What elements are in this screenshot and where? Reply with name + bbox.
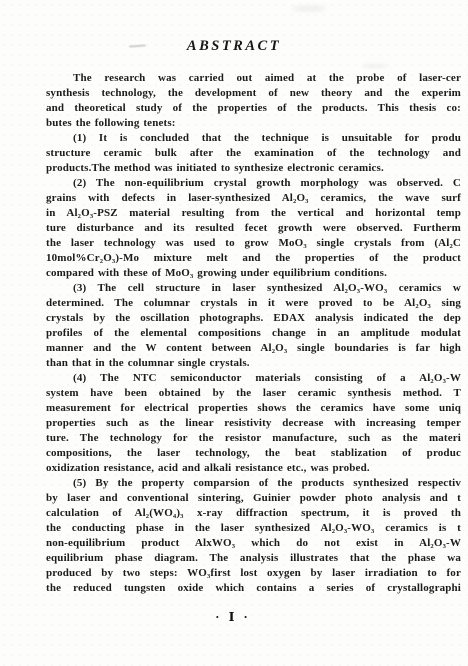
text-line: manner and the W content between Al₂O₃ s… — [46, 342, 461, 357]
page-title: ABSTRACT — [14, 38, 454, 55]
text-line: ture disturbance and its resulted fecet … — [46, 222, 461, 237]
text-line: structure ceramic bulk after the examina… — [46, 147, 461, 162]
text-line: than that in the columnar single crystal… — [46, 357, 461, 372]
text-line: measurement for electrical properties sh… — [46, 402, 461, 417]
text-line: the reduced tungsten oxide which contain… — [46, 582, 461, 597]
scan-artifact — [292, 6, 326, 11]
text-line: ture. The technology for the resistor ma… — [46, 432, 461, 447]
text-line: and theoretical study of the properties … — [46, 102, 461, 117]
text-line: products.The method was initiated to syn… — [46, 162, 461, 177]
text-line: synthesis technology, the development of… — [46, 87, 461, 102]
page-number: · Ⅰ · — [193, 609, 273, 625]
text-line: (3) The cell structure in laser synthesi… — [46, 282, 461, 297]
text-line: 10mol%Cr₂O₃)-Mo mixture melt and the pro… — [46, 252, 461, 267]
scan-artifact — [362, 64, 388, 68]
text-line: oxidization resistance, acid and alkali … — [46, 462, 461, 477]
text-line: the laser technology was used to grow Mo… — [46, 237, 461, 252]
text-line: The research was carried out aimed at th… — [46, 72, 461, 87]
text-line: produced by two steps: WO₃first lost oxy… — [46, 567, 461, 582]
text-line: (1) It is concluded that the technique i… — [46, 132, 461, 147]
text-line: calculation of Al₂(WO₄)₃ x-ray diffracti… — [46, 507, 461, 522]
text-line: butes the following tenets: — [46, 117, 461, 132]
text-line: grains with defects in laser-synthesized… — [46, 192, 461, 207]
text-line: system have been obtained by the laser c… — [46, 387, 461, 402]
text-line: properties such as the linear resistivit… — [46, 417, 461, 432]
text-line: equilibrium phase diagram. The analysis … — [46, 552, 461, 567]
text-line: profiles of the elemental compositions c… — [46, 327, 461, 342]
scanned-page: ABSTRACT The research was carried out ai… — [0, 0, 468, 666]
text-line: (5) By the property comparsion of the pr… — [46, 477, 461, 492]
text-line: compared with these of MoO₃ growing unde… — [46, 267, 461, 282]
text-line: by laser and conventional sintering, Gui… — [46, 492, 461, 507]
text-line: crystals by the oscillation photographs.… — [46, 312, 461, 327]
text-line: (2) The non-equilibrium crystal growth m… — [46, 177, 461, 192]
text-line: determined. The columnar crystals in it … — [46, 297, 461, 312]
text-line: compositions, the laser technology, the … — [46, 447, 461, 462]
text-line: non-equilibrium product AlxWO₃ which do … — [46, 537, 461, 552]
text-line: the conducting phase in the laser synthe… — [46, 522, 461, 537]
text-line: in Al₂O₃-PSZ material resulting from the… — [46, 207, 461, 222]
text-line: (4) The NTC semiconductor materials cons… — [46, 372, 461, 387]
abstract-text: The research was carried out aimed at th… — [46, 72, 461, 597]
